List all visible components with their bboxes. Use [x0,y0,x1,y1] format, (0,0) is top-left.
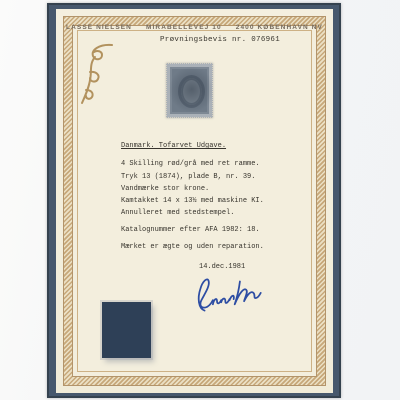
certificate-heading: Danmark. Tofarvet Udgave. [121,140,264,152]
certificate-date: 14.dec.1981 [199,263,245,271]
issuer-city: 2400 KØBENHAVN NV [236,24,323,31]
verdict-line: Mærket er ægte og uden reparation. [121,241,264,253]
issuer-header: LASSE NIELSEN MIRABELLEVEJ 10 2400 KØBEN… [56,24,333,31]
stamp-cancellation-mark [167,64,212,117]
certificate-number: Prøvningsbevis nr. 076961 [160,36,280,44]
issuer-name: LASSE NIELSEN [66,24,132,31]
scanned-certificate-photo: { "certificate": { "issuer_name": "LASSE… [0,0,400,400]
description-line: Tryk 13 (1874), plade B, nr. 39. [121,171,264,183]
corner-flourish-ornament [79,42,115,106]
certificate-photo: LASSE NIELSEN MIRABELLEVEJ 10 2400 KØBEN… [47,3,341,398]
issuer-address: MIRABELLEVEJ 10 [146,24,222,31]
description-line: 4 Skilling rød/grå med ret ramme. [121,158,264,170]
certificate-paper: LASSE NIELSEN MIRABELLEVEJ 10 2400 KØBEN… [56,9,333,393]
catalog-line: Katalognummer efter AFA 1982: 18. [121,224,264,236]
mounted-navy-photo-square [102,302,151,358]
description-line: Kamtakket 14 x 13½ med maskine KI. [121,195,264,207]
handwritten-signature [190,271,268,321]
description-line: Vandmærke stor krone. [121,183,264,195]
certificate-text-block: Danmark. Tofarvet Udgave. 4 Skilling rød… [121,140,264,253]
description-line: Annulleret med stedstempel. [121,207,264,219]
stamp-image [166,63,213,118]
